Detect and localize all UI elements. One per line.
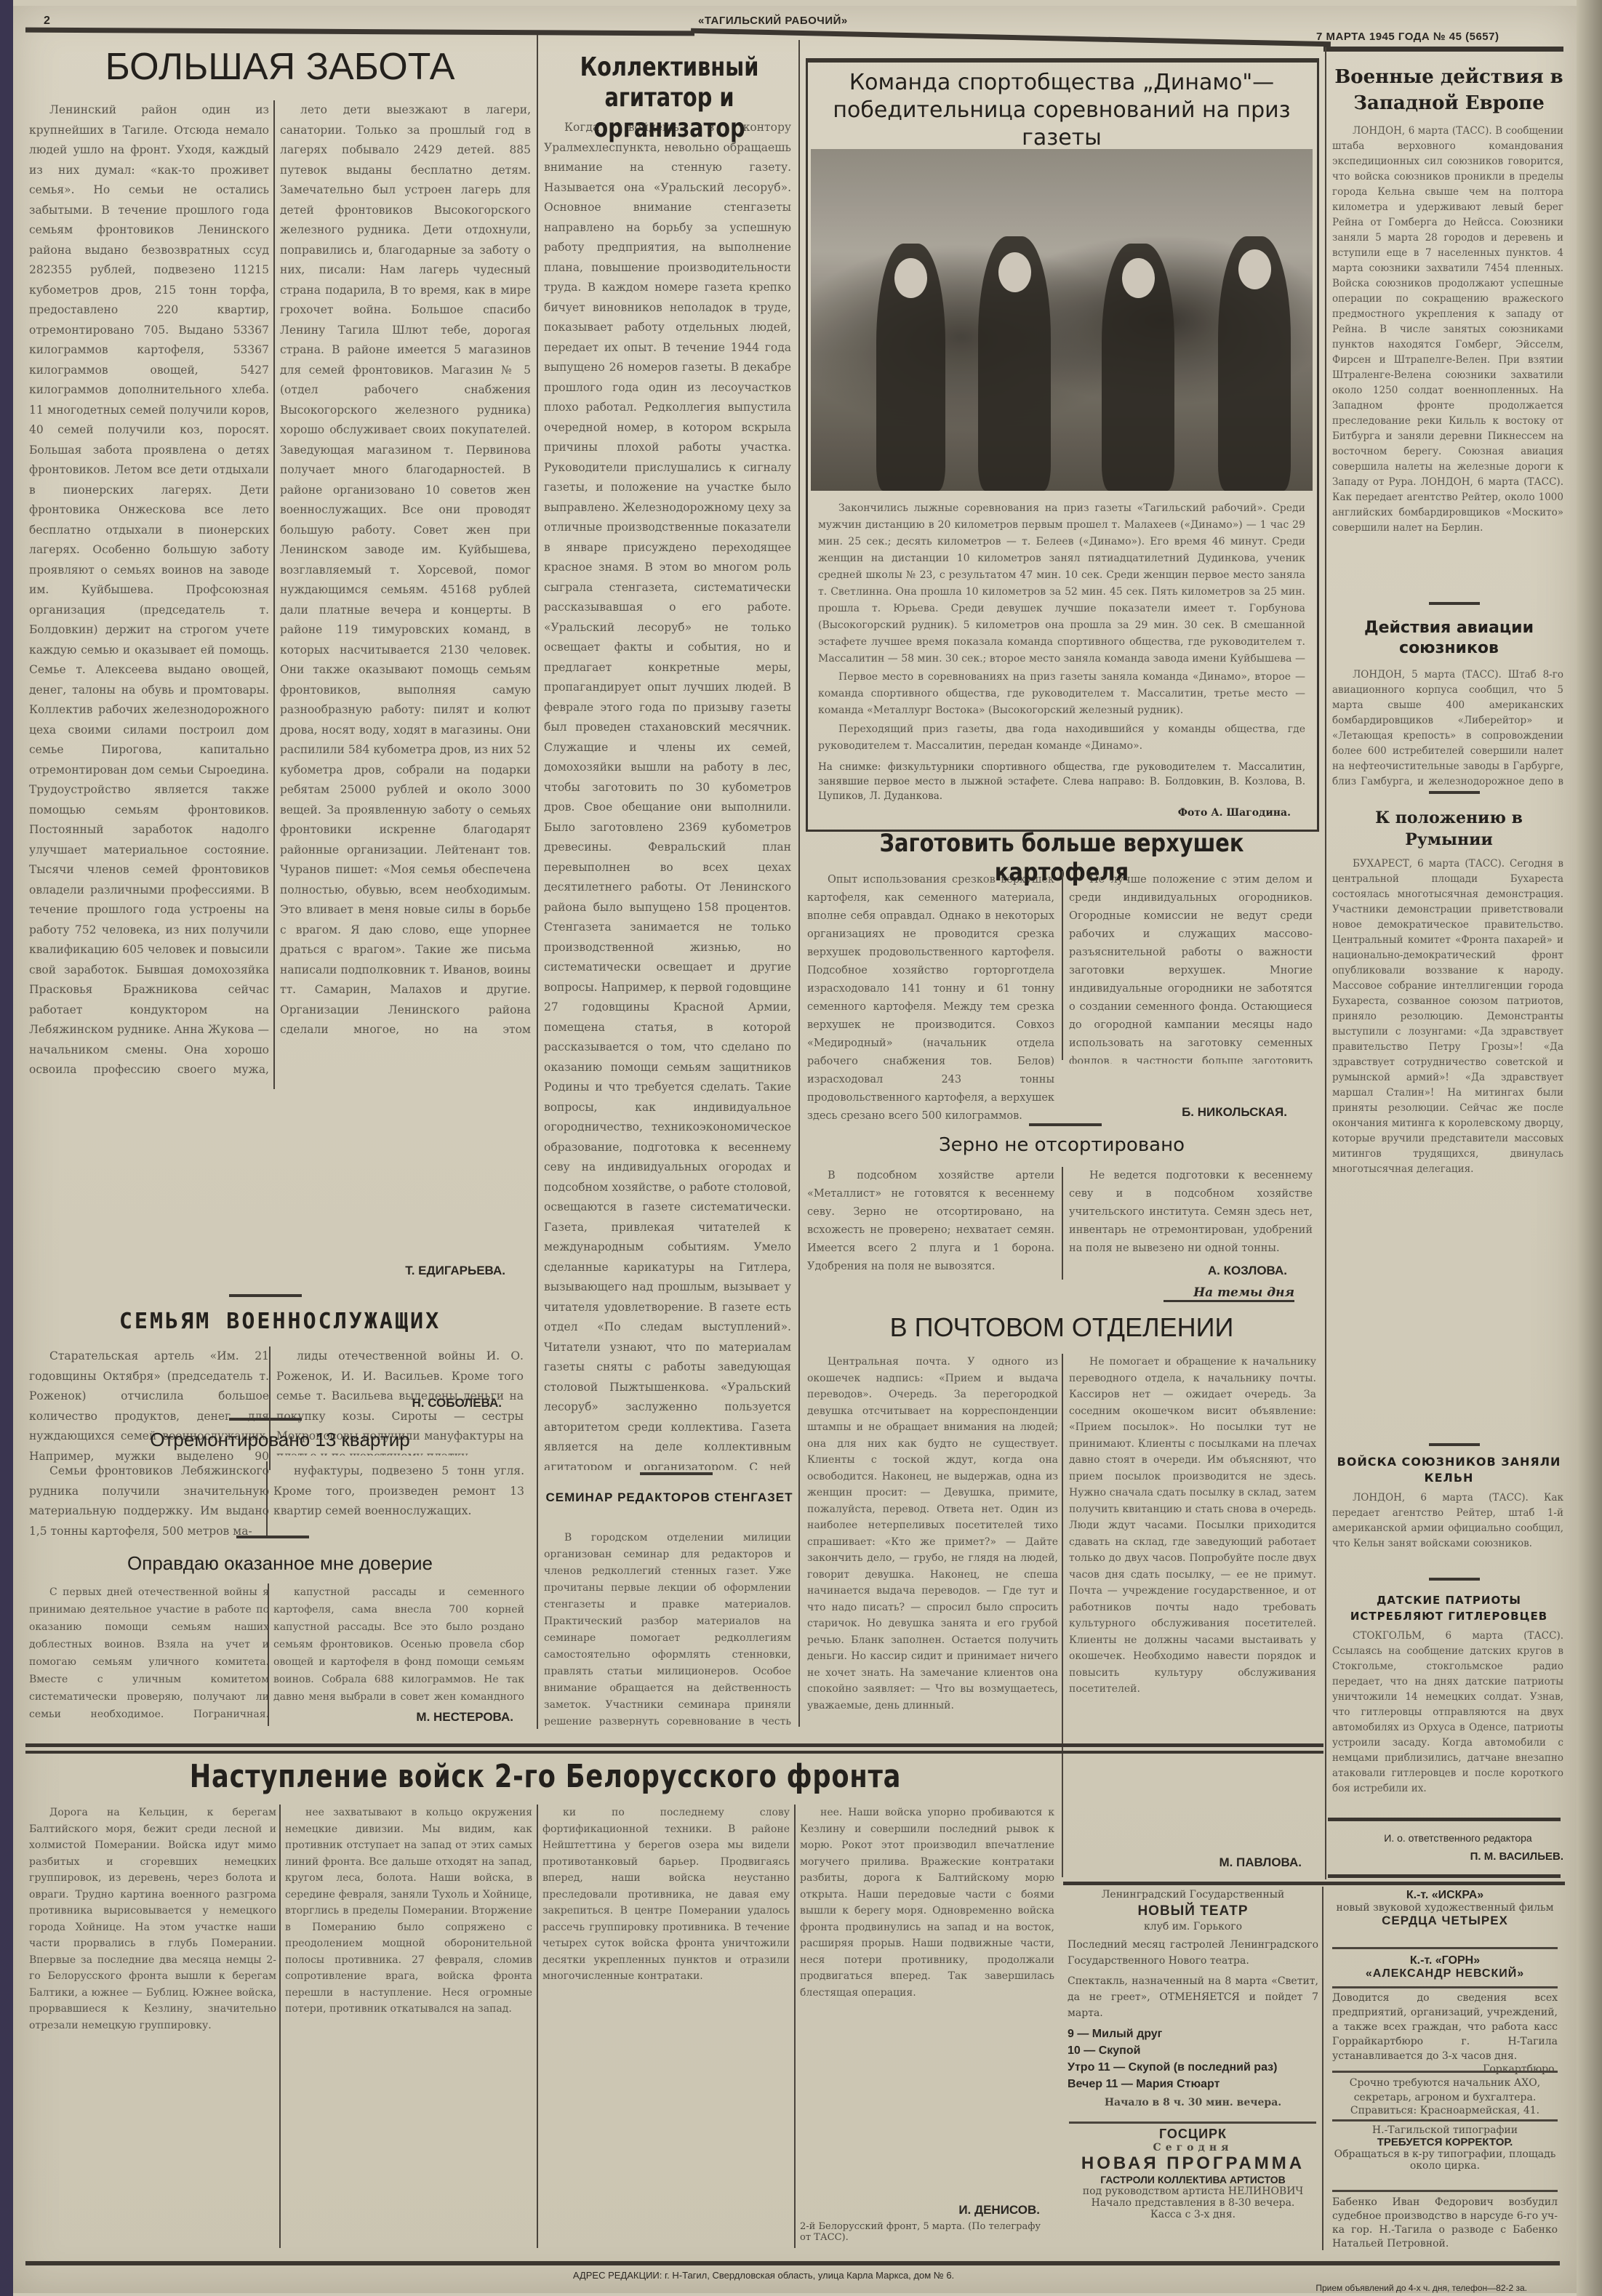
article-body-dinamo: Закончились лыжные соревнования на приз … (818, 500, 1305, 669)
article-body-cologne: ЛОНДОН, 6 марта (ТАСС). Как передает аге… (1332, 1490, 1563, 1570)
ad-theatre-name: НОВЫЙ ТЕАТР (1068, 1903, 1318, 1919)
headline-repaired: Отремонтировано 13 квартир (29, 1429, 531, 1451)
column-divider (1062, 1354, 1063, 1877)
ad-circus-lead: под руководством артиста НЕЛИНОВИЧ (1068, 2185, 1318, 2197)
byline-edigareva: Т. ЕДИГАРЬЕВА. (280, 1264, 505, 1278)
ski-team-photo (811, 149, 1313, 491)
column-divider (1062, 1167, 1063, 1280)
ad-card-bureau: Доводится до сведения всех предприятий, … (1332, 1991, 1558, 2075)
editor-name: П. М. ВАСИЛЬЕВ. (1353, 1850, 1563, 1863)
masthead-rule (1323, 47, 1563, 52)
ad-iskra-cinema: К.-т. «ИСКРА» (1329, 1889, 1561, 1902)
headline-big-care: БОЛЬШАЯ ЗАБОТА (29, 45, 531, 89)
ad-circus-start: Начало представления в 8-30 вечера. (1068, 2197, 1318, 2209)
article-body-post-office-col1: Центральная почта. У одного из окошечек … (807, 1354, 1058, 1732)
ad-separator (1069, 2122, 1316, 2124)
ad-circus-name: ГОСЦИРК (1068, 2127, 1318, 2142)
section-separator (1029, 1123, 1102, 1126)
section-rule (25, 1751, 1323, 1754)
ad-divorce-text: Бабенко Иван Федорович возбудил судебное… (1332, 2196, 1558, 2251)
ad-theatre-start: Начало в 8 ч. 30 мин. вечера. (1068, 2097, 1318, 2108)
byline-kozlova: А. КОЗЛОВА. (1069, 1264, 1287, 1278)
headline-post-office: В ПОЧТОВОМ ОТДЕЛЕНИИ (800, 1312, 1323, 1343)
newspaper-name: «ТАГИЛЬСКИЙ РАБОЧИЙ» (698, 15, 848, 27)
ad-gorn-cinema: К.-т. «ГОРН» (1329, 1954, 1561, 1967)
article-body-military-families-col1: Старательская артель «Им. 21 годовщины О… (29, 1346, 269, 1470)
ad-theatre-text: Последний месяц гастролей Ленинградского… (1068, 1937, 1318, 1969)
ad-iskra: К.-т. «ИСКРА» новый звуковой художествен… (1329, 1889, 1561, 1928)
editorial-phones: Прием объявлений до 4-х ч. дня, телефон—… (1018, 2283, 1527, 2293)
section-separator (1429, 1443, 1480, 1446)
article-body-potatoes-col1: Опыт использования срезков верхушек карт… (807, 871, 1054, 1122)
column-divider (1325, 47, 1326, 1879)
article-body-belorussian-col2: нее захватывают в кольцо окружения немец… (285, 1805, 532, 2248)
article-body-romania: БУХАРЕСТ, 6 марта (ТАСС). Сегодня в цент… (1332, 856, 1563, 1438)
ad-printing: Н.-Тагильской типографии ТРЕБУЕТСЯ КОРРЕ… (1332, 2124, 1558, 2172)
ad-circus: ГОСЦИРК Сегодня НОВАЯ ПРОГРАММА ГАСТРОЛИ… (1068, 2127, 1318, 2220)
ad-circus-tour: ГАСТРОЛИ КОЛЛЕКТИВА АРТИСТОВ (1068, 2174, 1318, 2185)
headline-danish: ДАТСКИЕ ПАТРИОТЫ ИСТРЕБЛЯЮТ ГИТЛЕРОВЦЕВ (1331, 1592, 1567, 1624)
ad-printing-text: Обращаться в к-ру типографии, площадь ок… (1332, 2148, 1558, 2172)
byline-nikolskaya: Б. НИКОЛЬСКАЯ. (1069, 1105, 1287, 1120)
footer-rule (25, 2261, 1560, 2265)
article-body-grain-col1: В подсобном хозяйстве артели «Металлист»… (807, 1167, 1054, 1280)
article-body-post-office-col2: Не помогает и обращение к начальнику пер… (1069, 1354, 1316, 1855)
column-divider (537, 35, 538, 1729)
article-body-dinamo-result: Первое место в соревнованиях на приз газ… (818, 669, 1305, 720)
headline-grain: Зерно не отсортировано (800, 1134, 1323, 1156)
editor-title: И. о. ответственного редактора (1353, 1832, 1563, 1844)
ad-printing-title: ТРЕБУЕТСЯ КОРРЕКТОР. (1332, 2136, 1558, 2148)
ad-cards-text: Доводится до сведения всех предприятий, … (1332, 1991, 1558, 2063)
headline-dinamo: Команда спортобщества „Динамо"— победите… (814, 69, 1309, 152)
ad-jobs: Срочно требуются начальник АХО, секретар… (1332, 2076, 1558, 2116)
article-body-big-care-col2: лето дети выезжают в лагери, санатории. … (280, 100, 531, 1038)
ad-separator (1332, 2119, 1558, 2122)
byline-pavlova: М. ПАВЛОВА. (1069, 1855, 1302, 1870)
ad-circus-box: Касса с 3-х дня. (1068, 2209, 1318, 2220)
ad-iskra-film: СЕРДЦА ЧЕТЫРЕХ (1329, 1914, 1561, 1928)
issue-date: 7 МАРТА 1945 ГОДА № 45 (5657) (1316, 31, 1499, 43)
headline-cologne: ВОЙСКА СОЮЗНИКОВ ЗАНЯЛИ КЕЛЬН (1331, 1454, 1567, 1486)
byline-soboleva: Н. СОБОЛЕВА. (276, 1396, 502, 1410)
column-divider (1062, 871, 1063, 1060)
column-divider (798, 40, 800, 1727)
ad-theatre-notice: Спектакль, назначенный на 8 марта «Свети… (1068, 1973, 1318, 2021)
ad-jobs-text: Срочно требуются начальник АХО, секретар… (1332, 2076, 1558, 2105)
headline-trust: Оправдаю оказанное мне доверие (29, 1552, 531, 1575)
section-rule (1328, 1874, 1561, 1878)
ad-separator (1332, 2190, 1558, 2192)
section-separator (1429, 791, 1480, 794)
article-body-seminar: В городском отделении милиции организова… (544, 1530, 791, 1726)
ad-theatre-schedule-item: 10 — Скупой (1068, 2042, 1318, 2059)
section-separator (229, 1418, 302, 1421)
scan-edge-left (0, 0, 13, 2296)
ad-gorn-film: «АЛЕКСАНДР НЕВСКИЙ» (1329, 1967, 1561, 1980)
ad-jobs-addr: Справиться: Красноармейская, 41. (1332, 2105, 1558, 2116)
section-separator (229, 1294, 302, 1297)
column-divider (266, 1461, 268, 1538)
article-body-repaired-col1: Семьи фронтовиков Лебяжинского рудника п… (29, 1461, 269, 1543)
ad-separator (1332, 1986, 1558, 1988)
section-separator (1429, 602, 1480, 605)
column-divider (268, 1583, 269, 1726)
ad-printing-org: Н.-Тагильской типографии (1332, 2124, 1558, 2136)
article-body-agitator: Когда войдешь в контору Уралмехлеспункта… (544, 118, 791, 1470)
column-divider (269, 1346, 271, 1470)
article-body-trust-col2: капустной рассады и семенного картофеля,… (273, 1583, 524, 1707)
ad-theatre-org: Ленинградский Государственный (1068, 1889, 1318, 1900)
rubric-topics-of-day: На темы дня (1164, 1285, 1294, 1302)
ad-theatre-schedule-item: Вечер 11 — Мария Стюарт (1068, 2076, 1318, 2092)
ad-iskra-desc: новый звуковой художественный фильм (1329, 1902, 1561, 1914)
byline-nesterova: М. НЕСТЕРОВА. (273, 1710, 513, 1725)
ad-separator (1332, 2071, 1558, 2073)
headline-military-families: СЕМЬЯМ ВОЕННОСЛУЖАЩИХ (29, 1309, 531, 1334)
editorial-address: АДРЕС РЕДАКЦИИ: г. Н-Тагил, Свердловская… (0, 2270, 1527, 2281)
article-body-aviation: ЛОНДОН, 5 марта (ТАСС). Штаб 8-го авиаци… (1332, 667, 1563, 790)
section-rule (1328, 1818, 1561, 1821)
section-rule (25, 1743, 1323, 1747)
column-divider (273, 100, 275, 1089)
section-separator (640, 1472, 713, 1475)
ad-circus-today: Сегодня (1068, 2142, 1318, 2153)
article-body-repaired-col2: нуфактуры, подвезено 5 тонн угля. Кроме … (273, 1461, 524, 1523)
article-body-dinamo-prize: Переходящий приз газеты, два года находи… (818, 721, 1305, 755)
dateline-belorussian: 2-й Белорусский фронт, 5 марта. (По теле… (800, 2221, 1054, 2243)
ad-theatre-venue: клуб им. Горького (1068, 1921, 1318, 1932)
article-body-potatoes-col2: Не лучше положение с этим делом и среди … (1069, 871, 1313, 1064)
headline-romania: К положению в Румынии (1331, 807, 1567, 851)
ad-separator (1332, 1947, 1558, 1949)
ad-divorce: Бабенко Иван Федорович возбудил судебное… (1332, 2196, 1558, 2251)
ad-new-theatre: Ленинградский Государственный НОВЫЙ ТЕАТ… (1068, 1889, 1318, 2108)
article-body-west-europe: ЛОНДОН, 6 марта (ТАСС). В сообщении штаб… (1332, 124, 1563, 596)
headline-aviation: Действия авиации союзников (1331, 618, 1567, 659)
column-divider (794, 1805, 796, 2248)
headline-seminar: СЕМИНАР РЕДАКТОРОВ СТЕНГАЗЕТ (544, 1489, 795, 1506)
headline-belorussian: Наступление войск 2-го Белорусского фрон… (132, 1758, 958, 1795)
ad-theatre-schedule: 9 — Милый друг10 — СкупойУтро 11 — Скупо… (1068, 2026, 1318, 2092)
article-body-belorussian-col1: Дорога на Кельцин, к берегам Балтийского… (29, 1805, 276, 2248)
byline-denisov: И. ДЕНИСОВ. (800, 2203, 1040, 2217)
section-separator (236, 1536, 309, 1538)
photo-credit: Фото А. Шагодина. (818, 807, 1291, 819)
ad-theatre-schedule-item: Утро 11 — Скупой (в последний раз) (1068, 2059, 1318, 2076)
article-body-grain-col2: Не ведется подготовки к весеннему севу и… (1069, 1167, 1313, 1261)
ads-rule (1063, 1882, 1565, 1885)
scan-edge-right (1577, 0, 1602, 2296)
column-divider (537, 1805, 538, 2248)
column-divider (1322, 1887, 1323, 2250)
section-separator (1429, 1578, 1480, 1581)
article-body-belorussian-col3: ки по последнему слову фортификационной … (542, 1805, 790, 2248)
article-body-big-care-col1: Ленинский район один из крупнейших в Таг… (29, 100, 269, 1082)
ad-gorn: К.-т. «ГОРН» «АЛЕКСАНДР НЕВСКИЙ» (1329, 1954, 1561, 1980)
article-body-belorussian-col4: нее. Наши войска упорно пробиваются к Ке… (800, 1805, 1054, 2190)
article-body-danish: СТОКГОЛЬМ, 6 марта (ТАСС). Ссылаясь на с… (1332, 1629, 1563, 1809)
photo-caption: На снимке: физкультурники спортивного об… (818, 760, 1305, 803)
ad-theatre-schedule-item: 9 — Милый друг (1068, 2026, 1318, 2042)
ad-cards-sign: Горкартбюро. (1332, 2063, 1558, 2075)
page-number: 2 (44, 15, 50, 28)
article-body-trust-col1: С первых дней отечественной войны я прин… (29, 1583, 269, 1726)
headline-west-europe: Военные действия в Западной Европе (1331, 64, 1567, 116)
ad-circus-program: НОВАЯ ПРОГРАММА (1068, 2153, 1318, 2174)
column-divider (279, 1805, 281, 2248)
